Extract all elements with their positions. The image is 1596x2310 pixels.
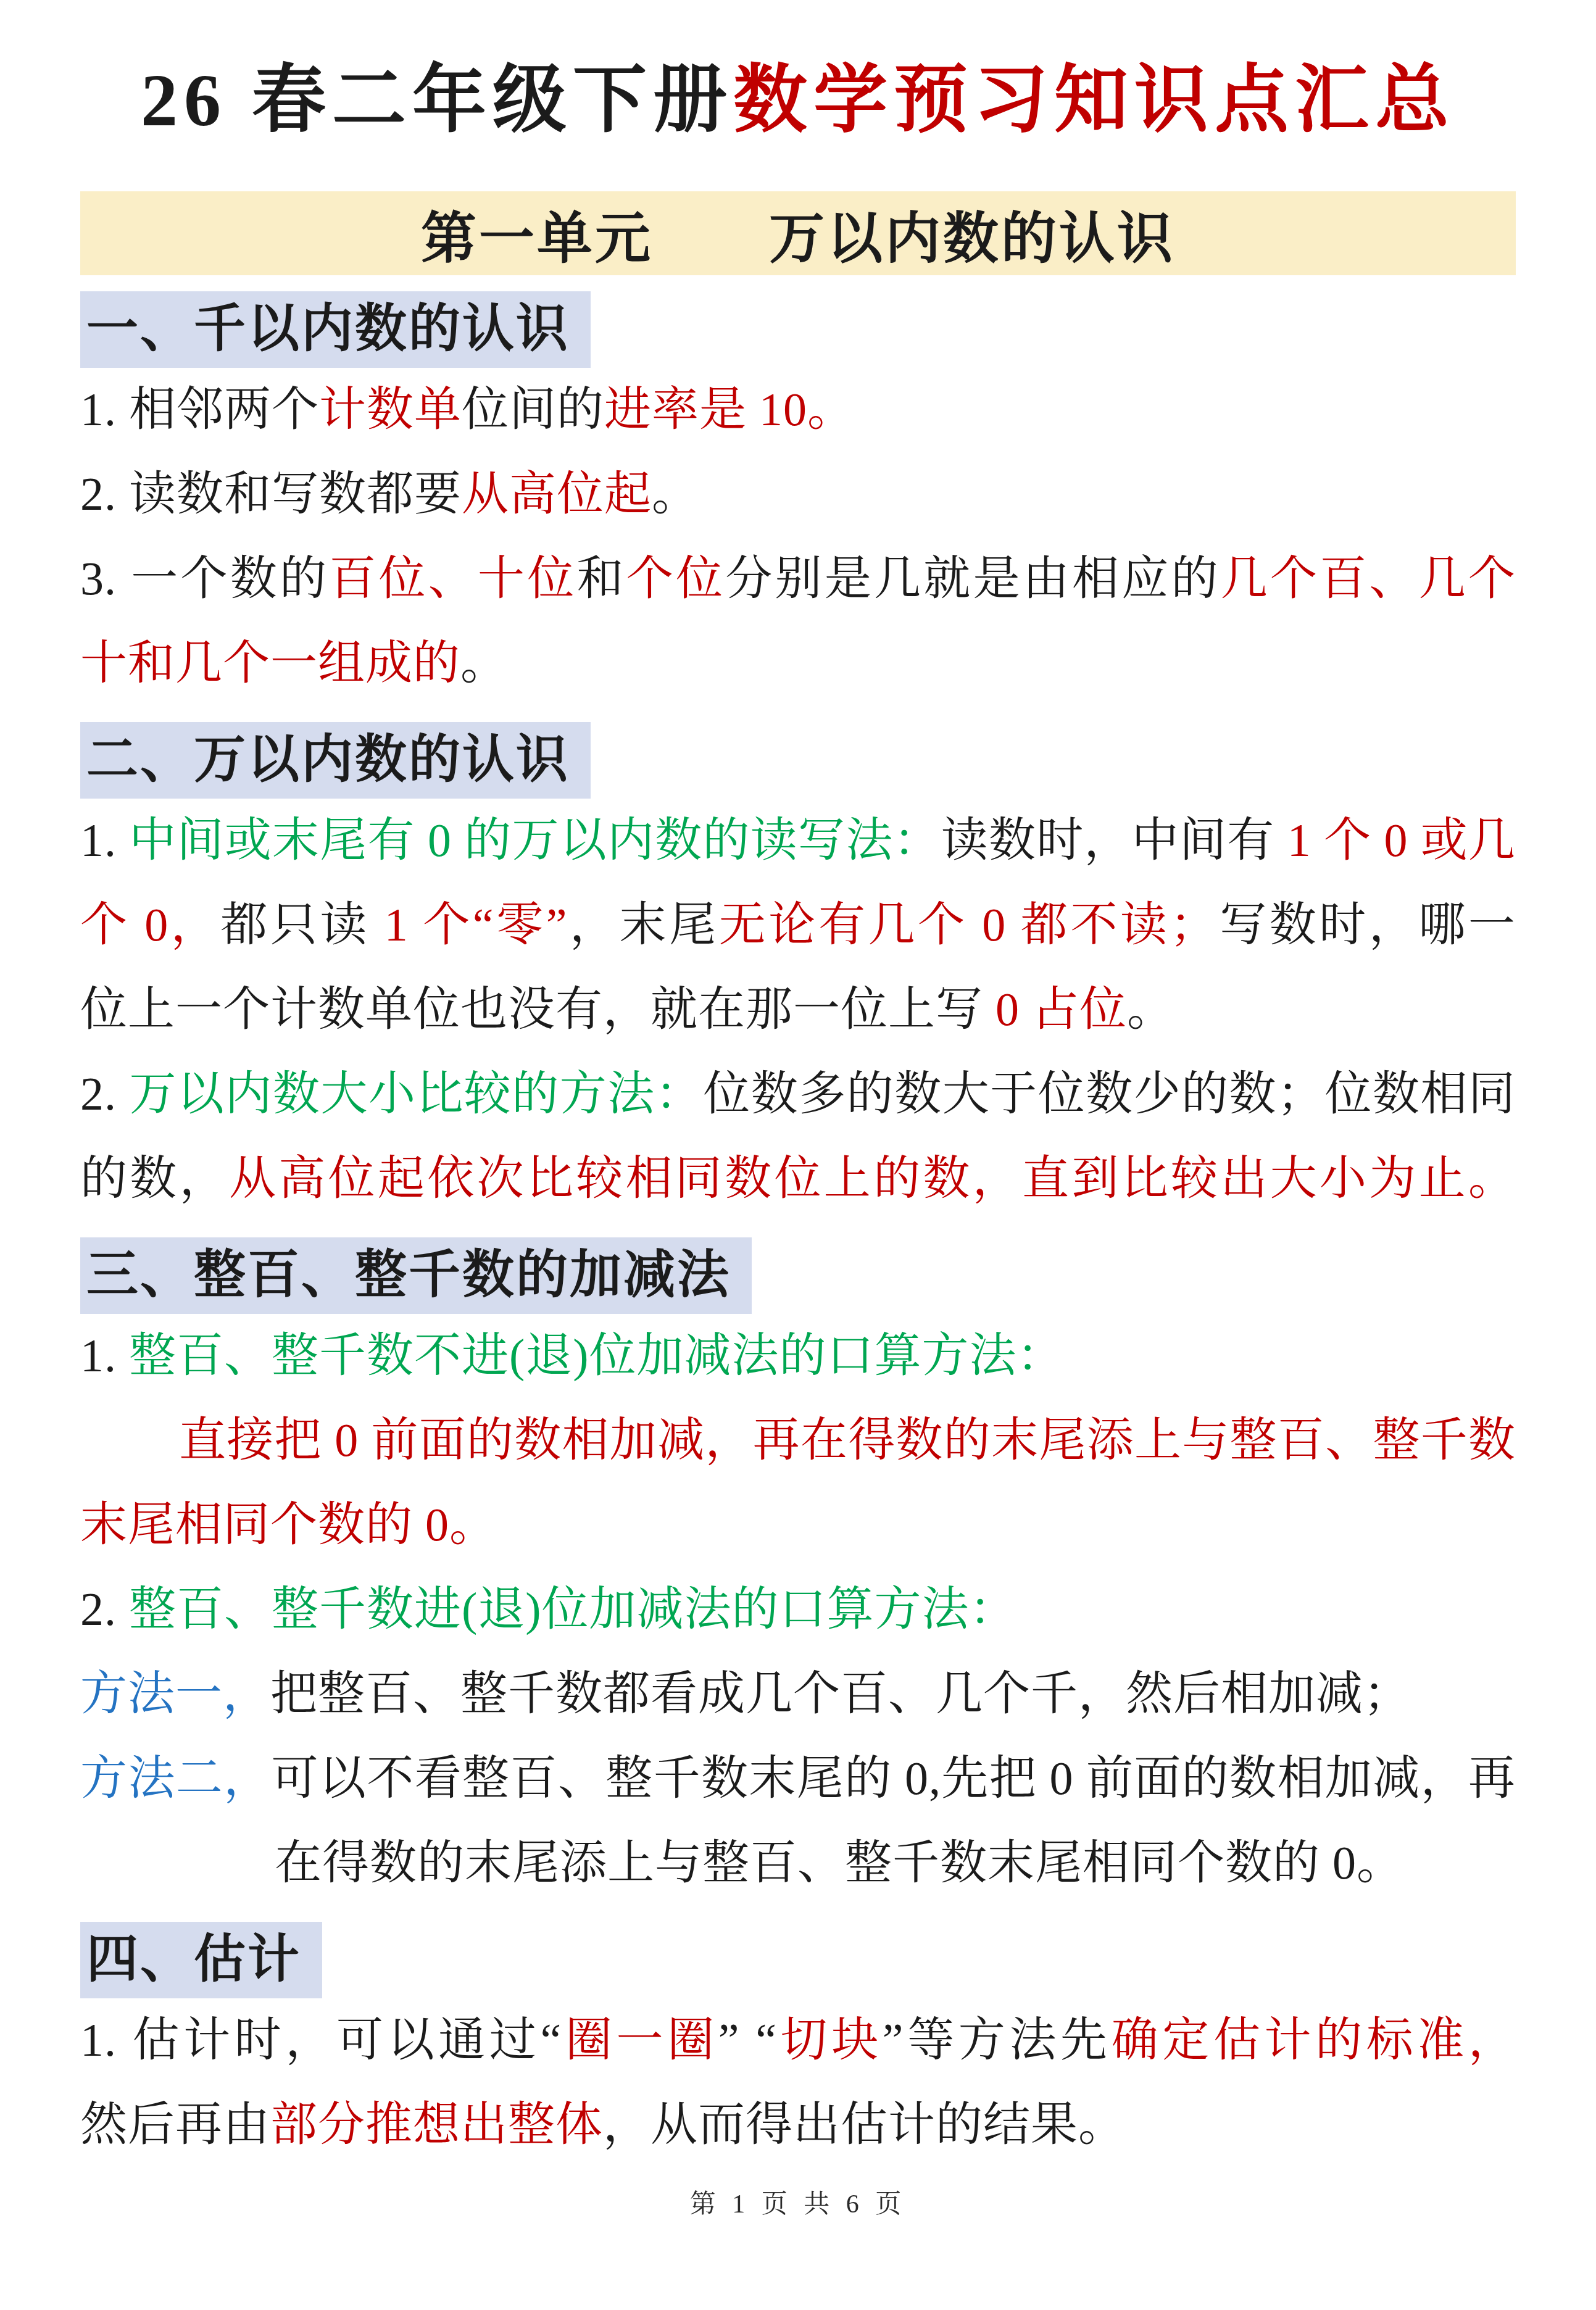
section-heading: 一、千以内数的认识	[80, 291, 591, 368]
text-segment: 2.	[80, 1068, 129, 1120]
text-segment: 1.	[80, 815, 129, 866]
text-line: 1. 中间或末尾有 0 的万以内数的读写法：读数时，中间有 1 个 0 或几	[80, 799, 1516, 883]
text-segment: 切块	[777, 2014, 883, 2066]
page-root: 26 春二年级下册数学预习知识点汇总 第一单元 万以内数的认识 一、千以内数的认…	[0, 54, 1596, 2310]
text-segment: 然后再由	[80, 2099, 270, 2151]
text-segment: 。	[460, 638, 508, 689]
text-segment: 方法二，	[80, 1753, 272, 1805]
text-segment: 百位、十位	[329, 553, 576, 605]
text-segment: 1 个 0 或几	[1287, 815, 1516, 866]
text-segment: 万以内数大小比较的方法：	[129, 1068, 703, 1120]
text-line: 个 0，都只读 1 个“零”，末尾无论有几个 0 都不读；写数时，哪一	[80, 883, 1516, 968]
text-segment: 整百、整千数不进(退)位加减法的口算方法：	[129, 1330, 1065, 1382]
text-segment: 0 占位	[995, 984, 1127, 1036]
text-segment: 。	[1127, 984, 1174, 1036]
text-segment: 几个百、几个	[1221, 553, 1516, 605]
text-segment: 把整百、整千数都看成几个百、几个千，然后相加减；	[270, 1668, 1411, 1720]
page-title: 26 春二年级下册数学预习知识点汇总	[80, 54, 1516, 147]
text-segment: 部分推想出整体	[270, 2099, 603, 2151]
text-segment: 可以不看整百、整千数末尾的 0,先把 0 前面的数相加减，再	[272, 1753, 1516, 1805]
text-segment: 读数时，中间有	[941, 815, 1287, 866]
text-segment: 确定估计的标准，	[1112, 2014, 1516, 2066]
section-heading-row: 三、整百、整千数的加减法	[80, 1237, 1516, 1314]
footer-page-number: 第 1 页 共 6 页	[80, 2183, 1516, 2221]
text-segment: 中间或末尾有 0 的万以内数的读写法：	[129, 815, 941, 866]
section-heading-row: 四、估计	[80, 1922, 1516, 1998]
text-segment: 进率是 10。	[604, 384, 855, 436]
text-line: 2. 读数和写数都要从高位起。	[80, 452, 1516, 537]
text-segment: 无论有几个 0 都不读；	[719, 899, 1218, 951]
text-line: 1. 相邻两个计数单位间的进率是 10。	[80, 368, 1516, 452]
text-segment: 计数单	[319, 384, 462, 436]
text-line: 在得数的末尾添上与整百、整千数末尾相同个数的 0。	[80, 1821, 1516, 1906]
section-heading-row: 二、万以内数的认识	[80, 722, 1516, 799]
text-segment: 整百、整千数进(退)位加减法的口算方法：	[129, 1584, 1017, 1635]
text-segment: 2. 读数和写数都要	[80, 468, 462, 520]
text-segment: 写数时，哪一	[1218, 899, 1516, 951]
unit-banner-text: 第一单元 万以内数的认识	[421, 193, 1175, 273]
text-segment: 1. 估计时，可以通过“	[80, 2014, 562, 2066]
text-segment: 分别是几就是由相应的	[725, 553, 1221, 605]
text-segment: 十和几个一组成的	[80, 638, 460, 689]
unit-banner: 第一单元 万以内数的认识	[80, 191, 1516, 275]
text-segment: 位数多的数大于位数少的数；位数相同	[703, 1068, 1516, 1120]
text-segment: 位间的	[462, 384, 604, 436]
text-line: 1. 整百、整千数不进(退)位加减法的口算方法：	[80, 1314, 1516, 1398]
text-segment: 。	[652, 468, 699, 520]
text-segment: 都只读	[220, 899, 384, 951]
text-segment: 在得数的末尾添上与整百、整千数末尾相同个数的 0。	[275, 1837, 1404, 1889]
text-line: 2. 万以内数大小比较的方法：位数多的数大于位数少的数；位数相同	[80, 1052, 1516, 1137]
section-heading-row: 一、千以内数的认识	[80, 291, 1516, 368]
text-line: 位上一个计数单位也没有，就在那一位上写 0 占位。	[80, 968, 1516, 1052]
text-segment: 圈一圈	[562, 2014, 718, 2066]
text-line: 末尾相同个数的 0。	[80, 1483, 1516, 1568]
section-heading: 三、整百、整千数的加减法	[80, 1237, 752, 1314]
text-segment: 个位	[626, 553, 726, 605]
section-heading: 二、万以内数的认识	[80, 722, 591, 799]
page-title-black: 26 春二年级下册	[141, 59, 733, 141]
text-line: 3. 一个数的百位、十位和个位分别是几就是由相应的几个百、几个	[80, 537, 1516, 621]
text-segment: 和	[577, 553, 626, 605]
text-segment: ，末尾	[567, 899, 718, 951]
text-line: 十和几个一组成的。	[80, 621, 1516, 706]
section-heading: 四、估计	[80, 1922, 322, 1998]
text-line: 方法一，把整百、整千数都看成几个百、几个千，然后相加减；	[80, 1652, 1516, 1737]
text-segment: 1 个“零”	[384, 899, 568, 951]
text-line: 的数，从高位起依次比较相同数位上的数，直到比较出大小为止。	[80, 1137, 1516, 1221]
text-segment: 1.	[80, 1330, 129, 1382]
document-body: 一、千以内数的认识1. 相邻两个计数单位间的进率是 10。2. 读数和写数都要从…	[80, 291, 1516, 2167]
text-segment: 从高位起依次比较相同数位上的数，直到比较出大小为止。	[229, 1153, 1516, 1205]
text-segment: 直接把 0 前面的数相加减，再在得数的末尾添上与整百、整千数	[179, 1415, 1516, 1466]
text-line: 方法二，可以不看整百、整千数末尾的 0,先把 0 前面的数相加减，再	[80, 1737, 1516, 1821]
text-segment: 的数，	[80, 1153, 229, 1205]
text-segment: ” “	[718, 2014, 777, 2066]
page-title-red: 数学预习知识点汇总	[733, 59, 1455, 141]
text-segment: 2.	[80, 1584, 129, 1635]
text-line: 1. 估计时，可以通过“圈一圈” “切块”等方法先确定估计的标准，	[80, 1998, 1516, 2083]
text-segment: ，从而得出估计的结果。	[603, 2099, 1126, 2151]
text-segment: 位上一个计数单位也没有，就在那一位上写	[80, 984, 995, 1036]
text-line: 直接把 0 前面的数相加减，再在得数的末尾添上与整百、整千数	[80, 1398, 1516, 1483]
text-segment: 末尾相同个数的 0。	[80, 1499, 497, 1551]
text-line: 然后再由部分推想出整体，从而得出估计的结果。	[80, 2083, 1516, 2167]
text-segment: 从高位起	[462, 468, 652, 520]
text-segment: 方法一，	[80, 1668, 270, 1720]
text-line: 2. 整百、整千数进(退)位加减法的口算方法：	[80, 1568, 1516, 1652]
text-segment: ”等方法先	[883, 2014, 1112, 2066]
text-segment: 3. 一个数的	[80, 553, 329, 605]
text-segment: 1. 相邻两个	[80, 384, 319, 436]
text-segment: 个 0，	[80, 899, 220, 951]
